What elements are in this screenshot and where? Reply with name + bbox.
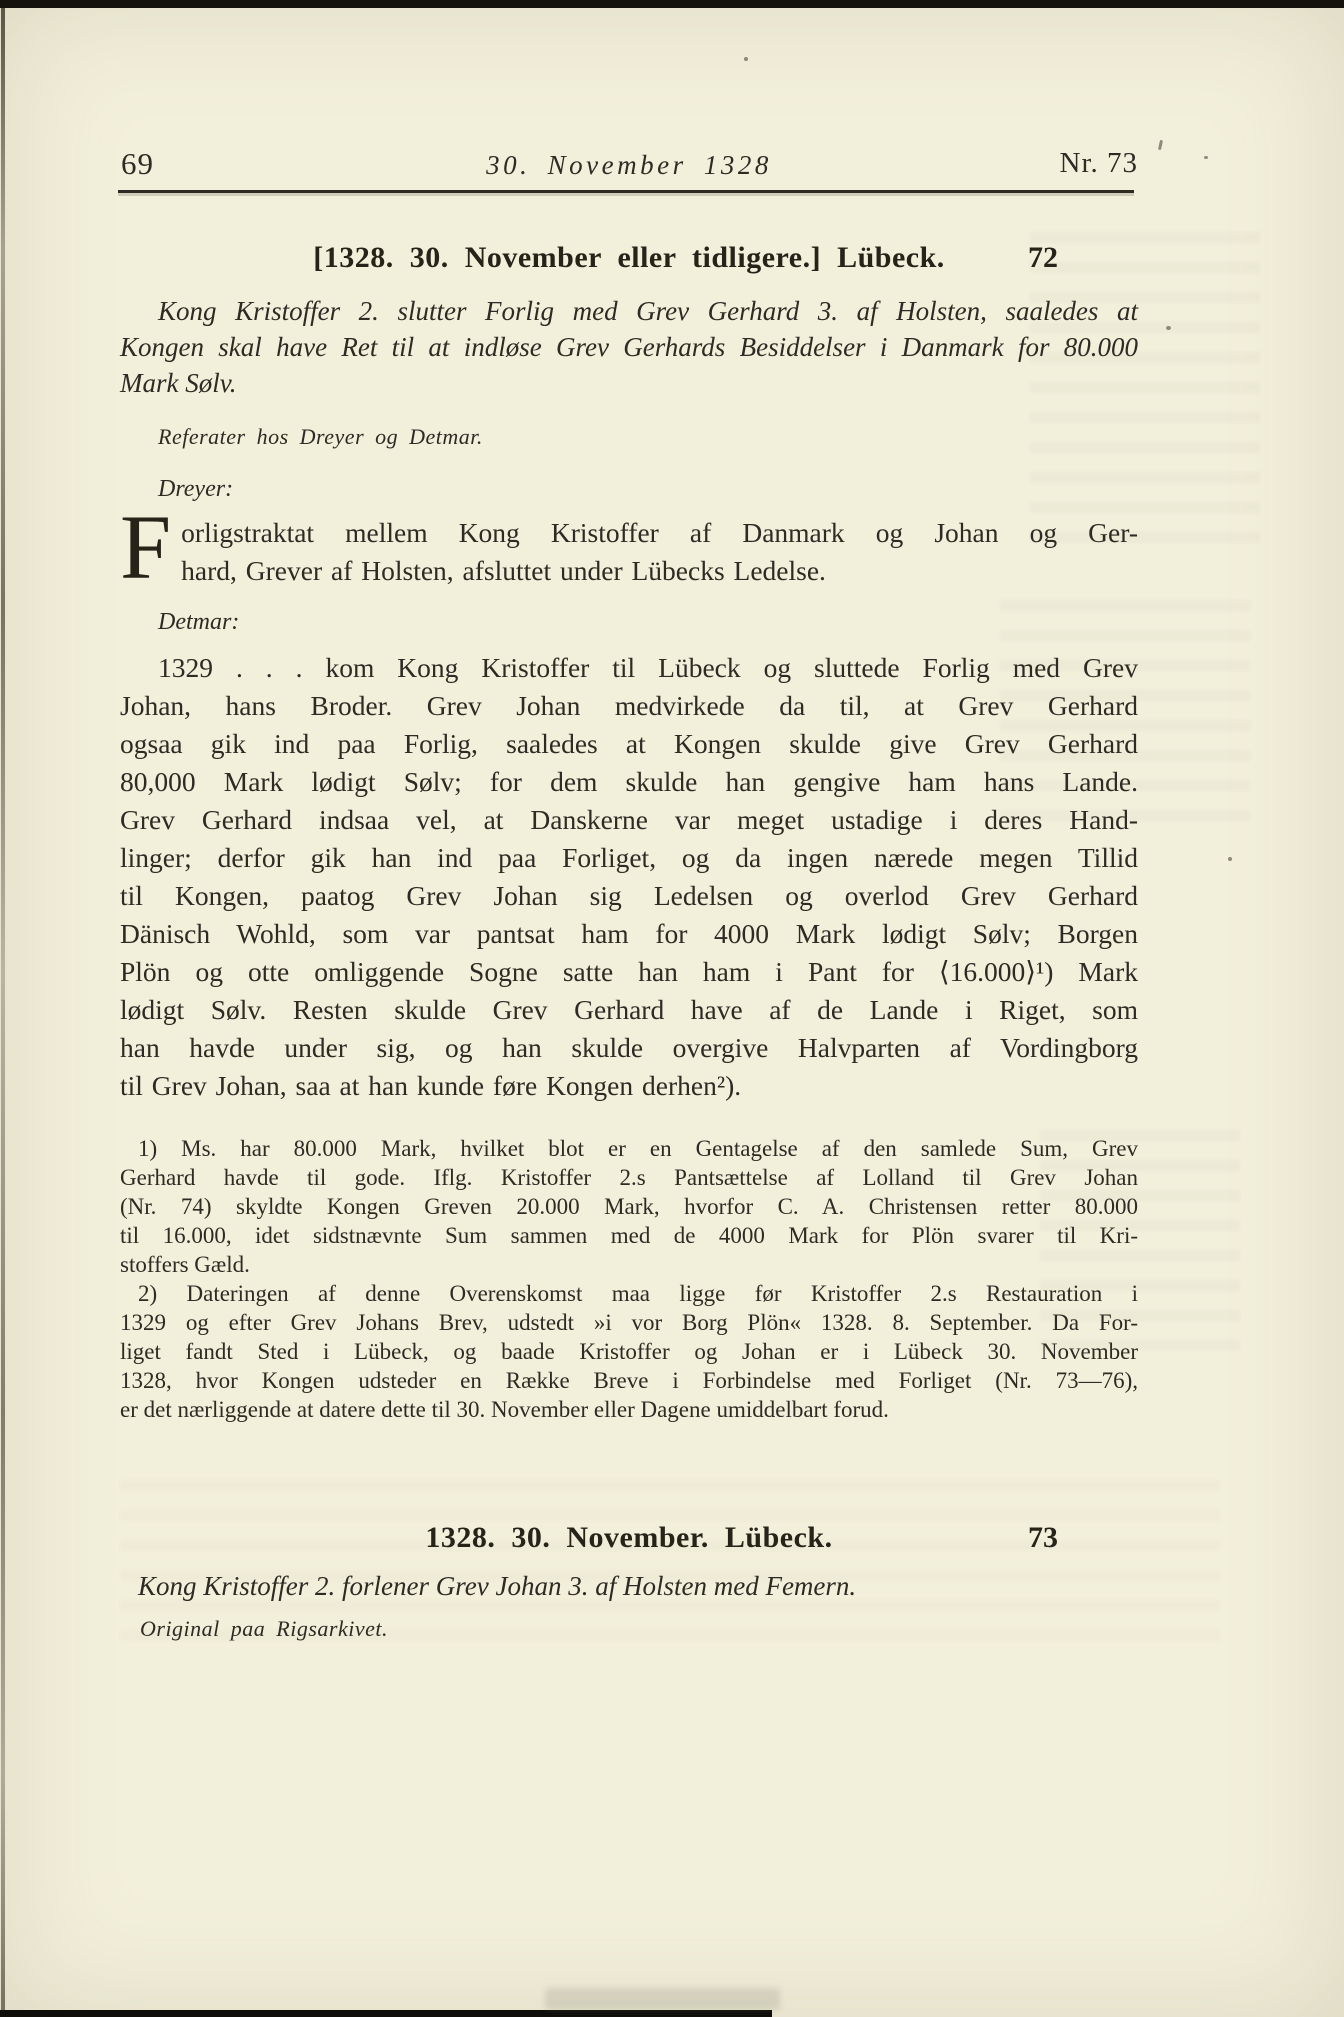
scan-tick-mark — [1158, 140, 1163, 150]
text-line: Kong Kristoffer 2. slutter Forlig med Gr… — [120, 293, 1138, 329]
text-line: liget fandt Sted i Lübeck, og baade Kris… — [120, 1337, 1138, 1366]
text-line: stoffers Gæld. — [120, 1250, 1138, 1279]
text-line: Grev Gerhard indsaa vel, at Danskerne va… — [120, 801, 1138, 839]
paper-speck — [1166, 326, 1171, 330]
entry-72-regest: Kong Kristoffer 2. slutter Forlig med Gr… — [120, 293, 1138, 401]
text-line: orligstraktat mellem Kong Kristoffer af … — [120, 514, 1138, 552]
text-line: til Grev Johan, saa at han kunde føre Ko… — [120, 1067, 1138, 1105]
footnote-1: 1) Ms. har 80.000 Mark, hvilket blot er … — [120, 1134, 1138, 1279]
paper-speck — [1228, 857, 1232, 861]
paper-speck — [1204, 156, 1208, 159]
text-line: 1329 og efter Grev Johans Brev, udstedt … — [120, 1308, 1138, 1337]
text-line: Dänisch Wohld, som var pantsat ham for 4… — [120, 915, 1138, 953]
text-line: Gerhard havde til gode. Iflg. Kristoffer… — [120, 1163, 1138, 1192]
entry-73-number: 73 — [1028, 1521, 1058, 1555]
dropcap-F: F — [120, 514, 181, 582]
text-line: linger; derfor gik han ind paa Forliget,… — [120, 839, 1138, 877]
entry-73-regest: Kong Kristoffer 2. forlener Grev Johan 3… — [138, 1568, 1138, 1604]
text-line: 2) Dateringen af denne Overenskomst maa … — [120, 1279, 1138, 1308]
detmar-paragraph: 1329 . . . kom Kong Kristoffer til Lübec… — [120, 649, 1138, 1105]
paper-speck — [744, 57, 748, 61]
text-line: 80,000 Mark lødigt Sølv; for dem skulde … — [120, 763, 1138, 801]
entry-73-heading: 1328. 30. November. Lübeck. — [120, 1521, 1138, 1555]
text-line: 1) Ms. har 80.000 Mark, hvilket blot er … — [120, 1134, 1138, 1163]
entry-72-heading: [1328. 30. November eller tidligere.] Lü… — [120, 241, 1138, 275]
text-line: er det nærliggende at datere dette til 3… — [120, 1395, 1138, 1424]
text-line: hard, Grever af Holsten, afsluttet under… — [120, 552, 1138, 590]
text-line: Plön og otte omliggende Sogne satte han … — [120, 953, 1138, 991]
scan-smudge — [545, 1988, 780, 2010]
entry-72-number: 72 — [1028, 241, 1058, 275]
text-line: til 16.000, idet sidstnævnte Sum sammen … — [120, 1221, 1138, 1250]
text-line: ogsaa gik ind paa Forlig, saaledes at Ko… — [120, 725, 1138, 763]
entry-72-source-note: Referater hos Dreyer og Detmar. — [158, 424, 483, 450]
scan-bottom-bar — [0, 2010, 772, 2017]
text-line: 1329 . . . kom Kong Kristoffer til Lübec… — [120, 649, 1138, 687]
head-rule — [118, 190, 1134, 193]
text-line: til Kongen, paatog Grev Johan sig Ledels… — [120, 877, 1138, 915]
text-line: Kongen skal have Ret til at indløse Grev… — [120, 329, 1138, 365]
text-line: lødigt Sølv. Resten skulde Grev Gerhard … — [120, 991, 1138, 1029]
footnote-2: 2) Dateringen af denne Overenskomst maa … — [120, 1279, 1138, 1424]
text-line: Johan, hans Broder. Grev Johan medvirked… — [120, 687, 1138, 725]
text-line: (Nr. 74) skyldte Kongen Greven 20.000 Ma… — [120, 1192, 1138, 1221]
dreyer-paragraph: F orligstraktat mellem Kong Kristoffer a… — [120, 514, 1138, 590]
text-line: 1328, hvor Kongen udsteder en Række Brev… — [120, 1366, 1138, 1395]
text-line: han havde under sig, og han skulde overg… — [120, 1029, 1138, 1067]
scan-left-edge — [1, 8, 5, 2017]
entry-73-source-note: Original paa Rigsarkivet. — [140, 1616, 388, 1642]
text-line: Mark Sølv. — [120, 365, 1138, 401]
detmar-label: Detmar: — [158, 609, 239, 636]
running-head-number: Nr. 73 — [120, 147, 1138, 180]
book-page-scan: 69 30. November 1328 Nr. 73 [1328. 30. N… — [0, 0, 1344, 2017]
scan-top-bar — [0, 0, 1344, 8]
dreyer-text: orligstraktat mellem Kong Kristoffer af … — [120, 514, 1138, 590]
